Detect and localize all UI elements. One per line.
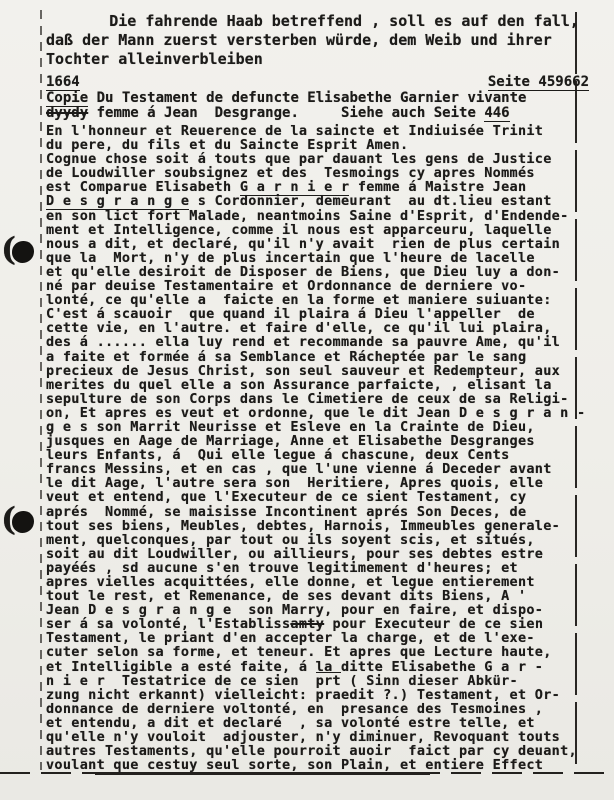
- text-line: ment et Intelligence, comme il nous est …: [46, 223, 575, 237]
- header-note: Die fahrende Haab betreffend , soll es a…: [46, 12, 575, 69]
- left-margin-rule: [40, 10, 42, 770]
- text-line: Copie Du Testament de defuncte Elisabeth…: [46, 91, 575, 106]
- ink-dot: [12, 241, 34, 263]
- text-line: nous a dit, et declaré, qu'il n'y avait …: [46, 237, 575, 251]
- text-line: et entendu, a dit et declaré , sa volont…: [46, 716, 575, 730]
- text-line: payéés , sd aucune s'en trouve legitimem…: [46, 561, 575, 575]
- text-line: né par deuise Testamentaire et Ordonnanc…: [46, 279, 575, 293]
- text-line: tout ses biens, Meubles, debtes, Harnois…: [46, 519, 575, 533]
- year-label: 1664: [46, 75, 80, 91]
- text-line: sepulture de son Corps dans le Cimetiere…: [46, 392, 575, 406]
- text-line: on, Et apres es veut et ordonne, que le …: [46, 406, 575, 420]
- text-line: et Intelligible a esté faite, á la ditte…: [46, 660, 575, 674]
- title-lines: Copie Du Testament de defuncte Elisabeth…: [46, 91, 575, 121]
- text-line: ment, quelconques, par tout ou ils soyen…: [46, 533, 575, 547]
- margin-annotation-mark: (: [1, 508, 37, 538]
- page-ref-label: Seite 45966: [488, 74, 581, 91]
- text-line: Testament, le priant d'en accepter la ch…: [46, 631, 575, 645]
- text-line: precieux de Jesus Christ, son seul sauve…: [46, 364, 575, 378]
- text-line: soit au dit Loudwiller, ou aillieurs, po…: [46, 547, 575, 561]
- text-line: daß der Mann zuerst versterben würde, de…: [46, 31, 575, 50]
- text-line: voulant que cestuy seul sorte, son Plain…: [46, 758, 575, 772]
- margin-annotation-mark: (: [1, 238, 37, 268]
- text-line: merites du quel elle a son Assurance par…: [46, 378, 575, 392]
- page-ref: Seite 459662: [488, 75, 589, 91]
- text-line: aprés Nommé, se maisisse Incontinent apr…: [46, 505, 575, 519]
- text-line: veut et entend, que l'Executeur de ce si…: [46, 490, 575, 504]
- ink-dot: [12, 511, 34, 533]
- text-line: En l'honneur et Reuerence de la saincte …: [46, 124, 575, 138]
- text-line: qu'elle n'y vouloit adjouster, n'y dimin…: [46, 730, 575, 744]
- title-block: 1664 Seite 459662 Copie Du Testament de …: [46, 75, 575, 121]
- text-line: zung nicht erkannt) vielleicht: praedit …: [46, 688, 575, 702]
- text-line: des á ...... ella luy rend et recommande…: [46, 335, 575, 349]
- page-content: Die fahrende Haab betreffend , soll es a…: [46, 12, 575, 772]
- text-line: g e s son Marrit Neurisse et Esleve en l…: [46, 420, 575, 434]
- text-line: n i e r Testatrice de ce sien prt ( Sinn…: [46, 674, 575, 688]
- page-ref-overflow-digit: 2: [581, 74, 589, 91]
- text-line: dyydy femme á Jean Desgrange. Siehe auch…: [46, 106, 575, 121]
- text-line: et qu'elle desiroit de Disposer de Biens…: [46, 265, 575, 279]
- text-line: D e s g r a n g e s Cordonnier, demeuran…: [46, 194, 575, 208]
- text-line: Tochter alleinverbleiben: [46, 50, 575, 69]
- text-line: apres vielles acquittées, elle donne, et…: [46, 575, 575, 589]
- scanned-document-page: ( ( Die fahrende Haab betreffend , soll …: [0, 0, 614, 800]
- text-line: que la Mort, n'y de plus incertain que l…: [46, 251, 575, 265]
- year-page-row: 1664 Seite 459662: [46, 75, 575, 91]
- right-margin-rule: [575, 12, 577, 770]
- text-line: en son lict fort Malade, neantmoins Sain…: [46, 209, 575, 223]
- body-lines: En l'honneur et Reuerence de la saincte …: [46, 124, 575, 772]
- text-line: cuter selon sa forme, et teneur. Et apre…: [46, 645, 575, 659]
- text-line: donnance de derniere voltonté, en presan…: [46, 702, 575, 716]
- text-line: a faite et formée á sa Semblance et Rách…: [46, 350, 575, 364]
- text-line: Die fahrende Haab betreffend , soll es a…: [46, 12, 575, 31]
